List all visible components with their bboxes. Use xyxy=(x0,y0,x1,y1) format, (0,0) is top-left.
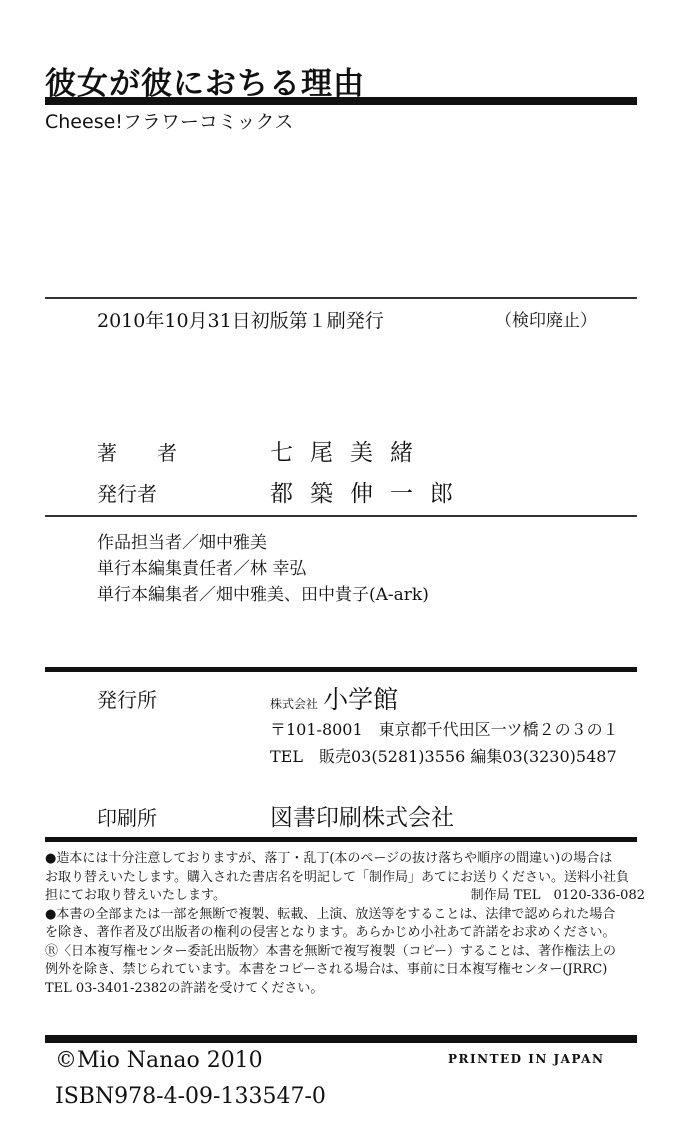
staff-line: 単行本編集責任者／林 幸弘 xyxy=(97,554,306,579)
author-label: 著 者 xyxy=(97,437,187,466)
note-line: TEL 03-3401-2382の許諾を受けてください。 xyxy=(45,980,645,999)
note-line: を除き、著作者及び出版者の権利の侵害となります。あらかじめ小社あて許諾をお求めく… xyxy=(45,924,645,943)
publisher-person-name: 都築伸一郎 xyxy=(270,475,470,508)
publisher-company: 株式会社 小学館 xyxy=(270,680,398,716)
publisher-label: 発行所 xyxy=(97,684,157,713)
copyright: ©Mio Nanao 2010 xyxy=(55,1048,263,1073)
staff-line: 作品担当者／畑中雅美 xyxy=(97,528,267,553)
note-line: ●本書の全部または一部を無断で複製、転載、上演、放送等をすることは、法律で認めら… xyxy=(45,906,645,925)
isbn: ISBN978-4-09-133547-0 xyxy=(55,1084,326,1109)
staff-line: 単行本編集者／畑中雅美、田中貴子(A-ark) xyxy=(97,580,429,605)
publisher-phone: TEL 販売03(5281)3556 編集03(3230)5487 xyxy=(270,744,617,767)
publisher-address: 〒101-8001 東京都千代田区一ツ橋２の３の１ xyxy=(270,717,619,740)
company-prefix: 株式会社 xyxy=(270,697,318,711)
divider-edition xyxy=(45,297,637,299)
printer-label: 印刷所 xyxy=(97,802,157,831)
divider-footer xyxy=(45,1035,637,1043)
note-line: 担にてお取り替えいたします。 xyxy=(45,887,645,906)
divider-credits xyxy=(45,515,637,517)
divider-publisher xyxy=(45,667,637,672)
note-line: Ⓡ〈日本複写権センター委託出版物〉本書を無断で複写複製（コピー）することは、著作… xyxy=(45,943,645,962)
seal-note: （検印廃止） xyxy=(495,306,597,331)
legal-notes: ●造本には十分注意しておりますが、落丁・乱丁(本のページの抜け落ちや順序の間違い… xyxy=(45,850,645,998)
note-line: 例外を除き、禁じられています。本書をコピーされる場合は、事前に日本複写権センター… xyxy=(45,961,645,980)
author-name: 七尾美緒 xyxy=(270,434,430,467)
company-name: 小学館 xyxy=(323,685,398,714)
series-name: Cheese!フラワーコミックス xyxy=(45,107,293,134)
divider-title xyxy=(45,97,637,105)
note-line: ●造本には十分注意しておりますが、落丁・乱丁(本のページの抜け落ちや順序の間違い… xyxy=(45,850,645,869)
publisher-person-label: 発行者 xyxy=(97,478,157,507)
divider-printer xyxy=(45,837,637,842)
edition-date: 2010年10月31日初版第１刷発行 xyxy=(97,306,384,333)
printer-name: 図書印刷株式会社 xyxy=(270,799,454,832)
printed-in: PRINTED IN JAPAN xyxy=(448,1052,604,1066)
note-line: お取り替えいたします。購入された書店名を明記して「制作局」あてにお送りください。… xyxy=(45,869,645,888)
